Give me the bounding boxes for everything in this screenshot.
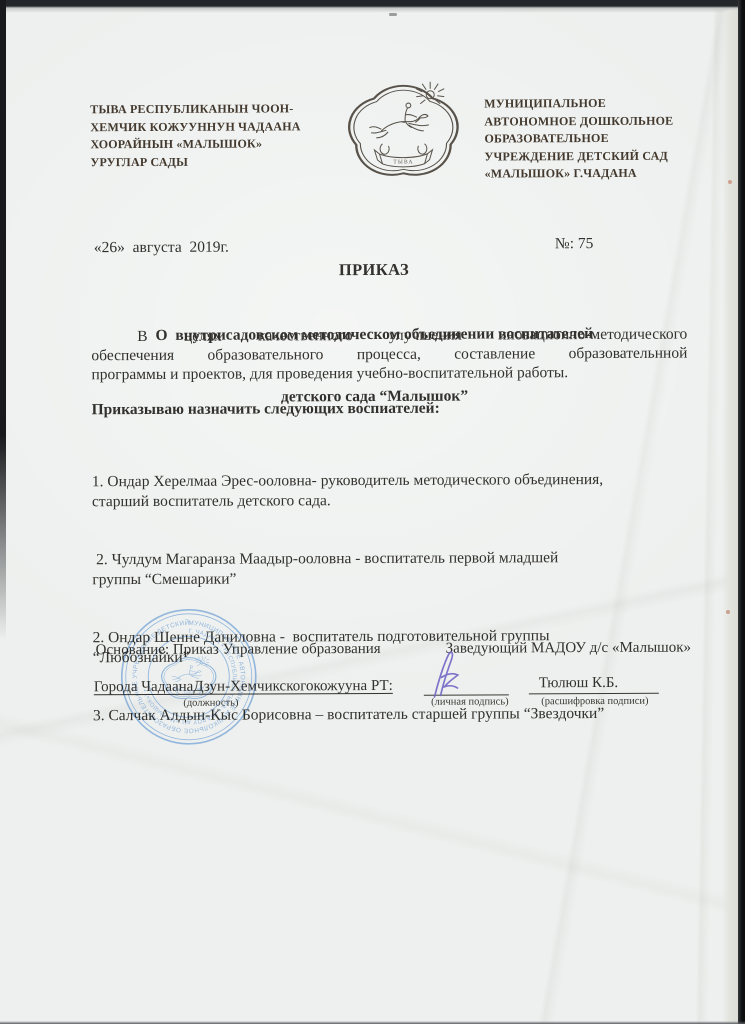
org-line: ХООРАЙНЫН «МАЛЫШОК» (90, 135, 354, 154)
stamp-outer-ring-text: МУНИЦИПАЛЬНОЕ АВТОНОМНОЕ ДОШКОЛЬНОЕ ОБРА… (118, 606, 246, 734)
preamble-paragraph: В целях качественного улучшения иновацио… (91, 325, 687, 385)
org-line: УРУГЛАР САДЫ (90, 153, 354, 172)
org-line: ТЫВА РЕСПУБЛИКАНЫН ЧООН- (90, 100, 354, 119)
approver-title: Заведующий МАДОУ д/с «Малышок» (446, 640, 691, 658)
preamble-line: обеспечения образовательного процесса, с… (91, 344, 687, 366)
handwritten-signature (418, 645, 471, 704)
org-line: «МАЛЫШОК» Г.ЧАДАНА (485, 164, 717, 183)
org-name-tuvan: ТЫВА РЕСПУБЛИКАНЫН ЧООН- ХЕМЧИК КОЖУУННУ… (90, 100, 354, 171)
scanned-document-page: ТЫВА РЕСПУБЛИКАНЫН ЧООН- ХЕМЧИК КОЖУУННУ… (0, 0, 745, 1024)
order-number: №: 75 (555, 235, 594, 253)
stamp-inner-ring-text: Г. ЧАДАНА • РЕСПУБЛИКА ТЫВА • (МАДОУ д/с… (142, 629, 237, 725)
preamble-line: программы и проектов, для проведения уче… (91, 363, 687, 385)
org-line: УЧРЕЖДЕНИЕ ДЕТСКИЙ САД (484, 147, 716, 166)
document-content: ТЫВА РЕСПУБЛИКАНЫН ЧООН- ХЕМЧИК КОЖУУННУ… (0, 0, 745, 1024)
order-heading: Приказываю назначить следующих воспиател… (92, 400, 440, 420)
org-name-russian: МУНИЦИПАЛЬНОЕ АВТОНОМНОЕ ДОШКОЛЬНОЕ ОБРА… (484, 94, 716, 183)
meta-row: «26» августа 2019г. №: 75 (94, 237, 656, 257)
order-title: ПРИКАЗ (69, 259, 679, 282)
order-date: «26» августа 2019г. (94, 239, 229, 257)
appointment-item: 2. Чулдум Магаранза Маадыр-ооловна - вос… (92, 548, 668, 590)
name-caption: (расшифровка подписи) (529, 696, 661, 708)
tuva-coat-of-arms-icon: ТЫВА (344, 80, 462, 193)
org-line: АВТОНОМНОЕ ДОШКОЛЬНОЕ (484, 112, 716, 131)
signature-name: Тюлюш К.Б. (529, 675, 659, 695)
preamble-line: В целях качественного улучшения иновацио… (91, 325, 687, 347)
org-line: ОБРАЗОВАТЕЛЬНОЕ (484, 129, 716, 148)
org-line: ХЕМЧИК КОЖУУННУН ЧАДААНА (90, 118, 354, 137)
official-stamp: МУНИЦИПАЛЬНОЕ АВТОНОМНОЕ ДОШКОЛЬНОЕ ОБРА… (118, 606, 259, 747)
org-line: МУНИЦИПАЛЬНОЕ (484, 94, 716, 113)
appointment-item: 1. Ондар Херелмаа Эрес-ооловна- руководи… (92, 470, 668, 512)
